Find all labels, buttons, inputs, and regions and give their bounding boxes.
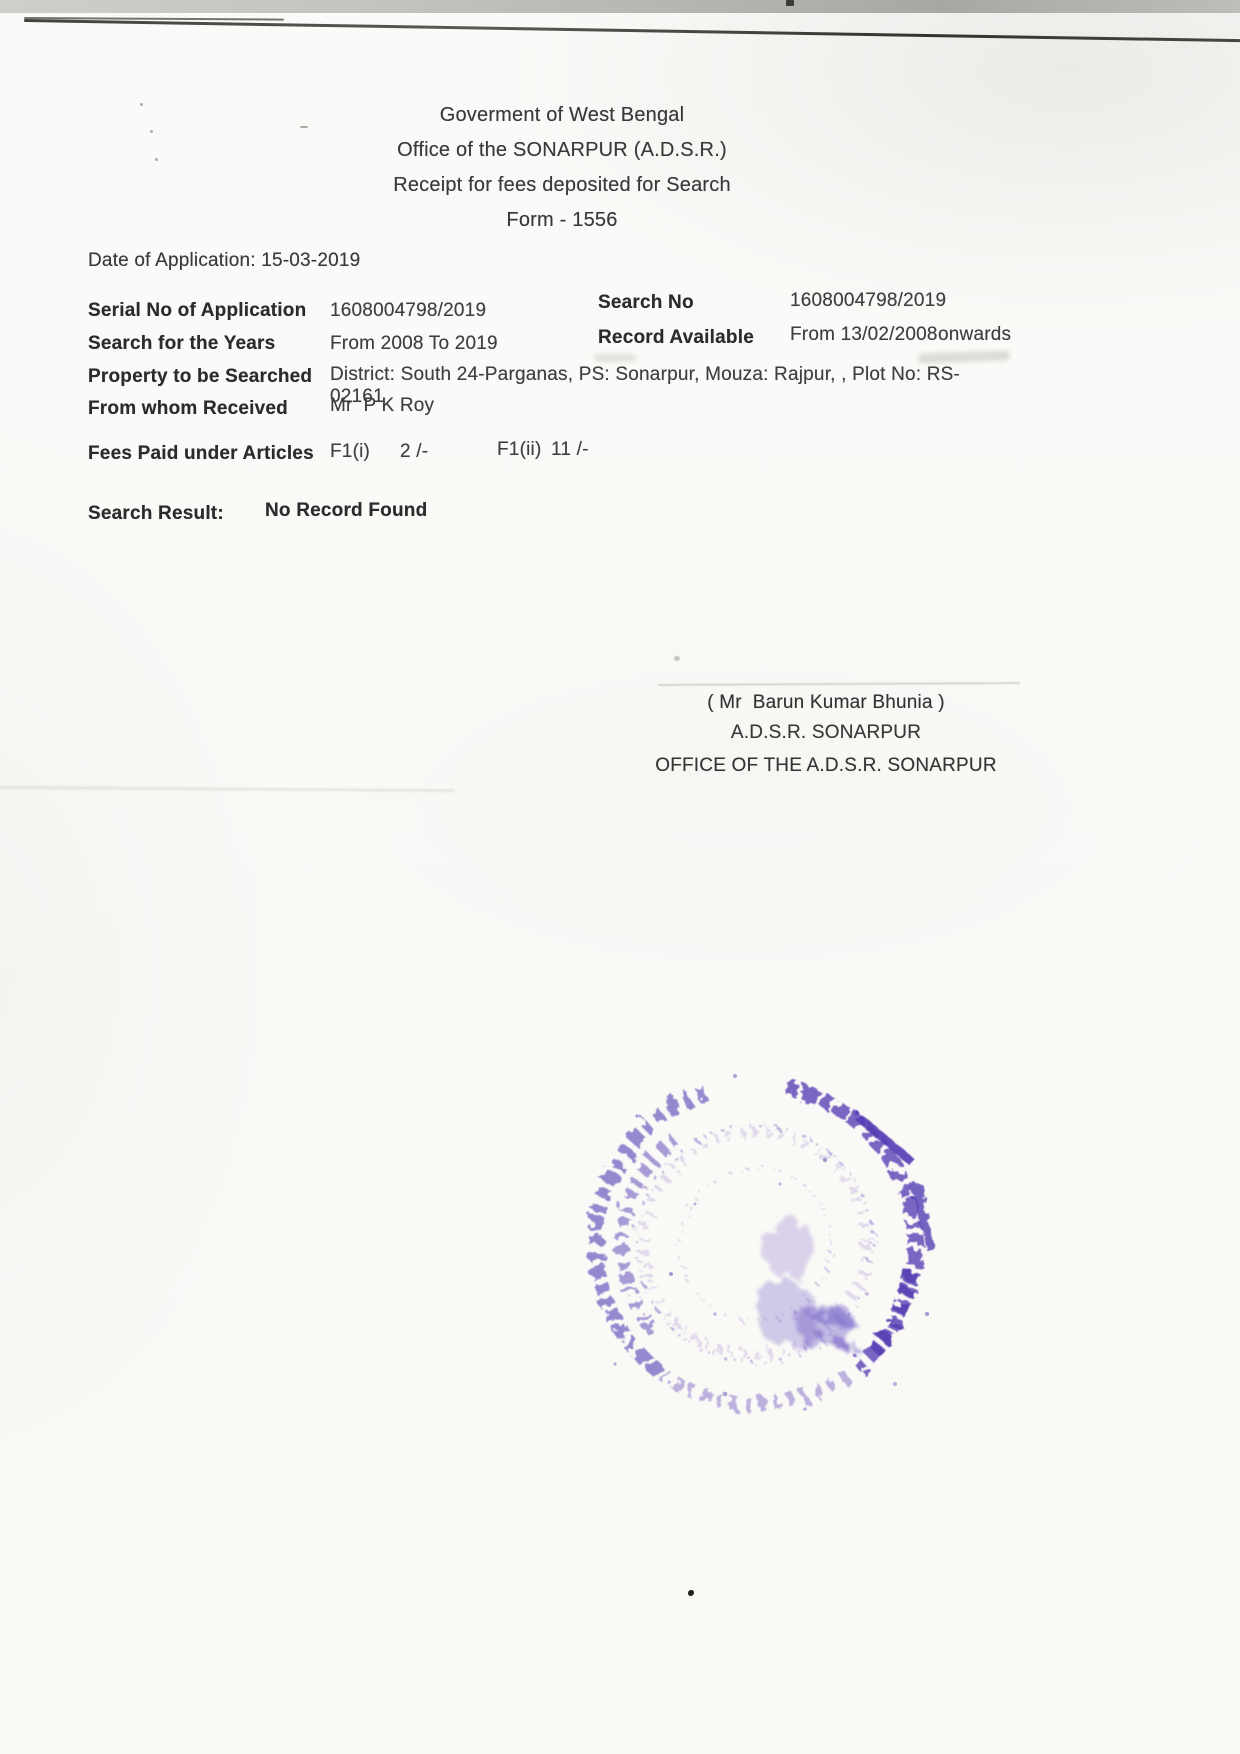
signatory-office: OFFICE OF THE A.D.S.R. SONARPUR [570, 755, 1082, 777]
fees-paid-label: Fees Paid under Articles [88, 443, 314, 465]
search-result-value: No Record Found [265, 500, 427, 522]
paper-crease [658, 682, 1020, 686]
round-ink-stamp [575, 1064, 945, 1434]
from-whom-received-value: Mr P K Roy [330, 395, 434, 417]
doc-title-form-line: Form - 1556 [0, 209, 1124, 232]
doc-title-government-line: Goverment of West Bengal [0, 104, 1124, 127]
paper-speck [150, 130, 153, 133]
scan-smudge [674, 656, 680, 661]
search-no-label: Search No [598, 292, 694, 314]
serial-no-value: 1608004798/2019 [330, 300, 486, 322]
date-of-application: Date of Application: 15-03-2019 [88, 250, 360, 272]
scan-edge-line [24, 19, 1240, 43]
fee-article-2: F1(ii) [497, 439, 541, 461]
doc-title-office-line: Office of the SONARPUR (A.D.S.R.) [0, 139, 1124, 162]
serial-no-label: Serial No of Application [88, 300, 306, 322]
from-whom-received-label: From whom Received [88, 398, 288, 420]
fee-amount-1: 2 /- [400, 441, 428, 463]
doc-title-receipt-line: Receipt for fees deposited for Search [0, 174, 1124, 197]
record-available-label: Record Available [598, 327, 754, 349]
stamp-outer-arc-bottom [663, 1375, 847, 1404]
search-no-value: 1608004798/2019 [790, 290, 946, 312]
search-years-label: Search for the Years [88, 333, 275, 355]
fee-article-1: F1(i) [330, 441, 370, 463]
record-available-value: From 13/02/2008 [790, 324, 938, 346]
signatory-designation: A.D.S.R. SONARPUR [570, 722, 1082, 744]
scanned-receipt-page: Goverment of West Bengal Office of the S… [0, 0, 1240, 1754]
scan-smudge [594, 354, 636, 362]
scan-edge-tick [786, 0, 794, 6]
scan-edge-band [0, 0, 1240, 13]
stamp-rings [596, 1088, 931, 1404]
scan-smudge [918, 350, 1010, 363]
fee-amount-2: 11 /- [551, 439, 589, 461]
paper-crease [0, 786, 455, 791]
stamp-inner-text-arc [622, 1135, 679, 1330]
stamp-center-emblem [758, 1213, 865, 1352]
search-result-label: Search Result: [88, 503, 224, 525]
ink-speck [688, 1590, 694, 1596]
property-label: Property to be Searched [88, 366, 312, 388]
record-available-suffix: onwards [938, 324, 1011, 346]
search-years-value: From 2008 To 2019 [330, 333, 498, 355]
signatory-name: ( Mr Barun Kumar Bhunia ) [570, 692, 1082, 714]
